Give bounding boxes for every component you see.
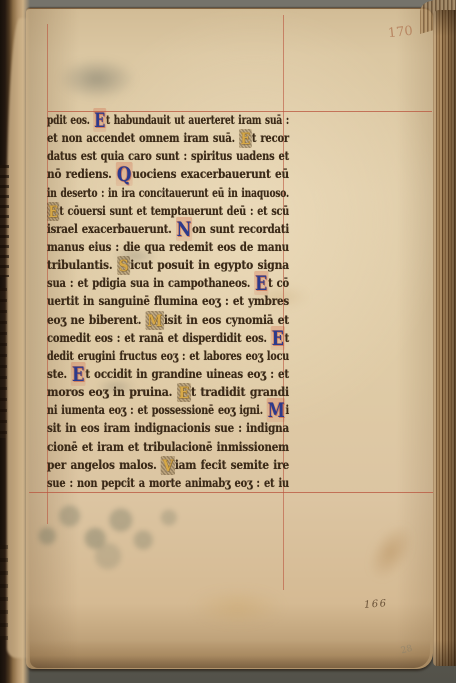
manuscript-line: moros eoʒ in pruina. Et tradidit grandi bbox=[47, 381, 289, 399]
script-text: t cō bbox=[268, 275, 289, 290]
script-text: israel exacerbauerunt. bbox=[47, 221, 176, 236]
script-text: cionē et iram et tribulacionē inmissione… bbox=[47, 439, 289, 454]
script-text: ste. bbox=[47, 366, 71, 381]
manuscript-line: nō rediens. Quociens exacerbauerunt eū bbox=[47, 163, 289, 181]
manuscript-line: sue : non pepcit a morte animabʒ eoʒ : e… bbox=[47, 472, 289, 490]
bottom-page-number: 166 bbox=[364, 598, 388, 611]
manuscript-line: Et cōuersi sunt et temptauerunt deū : et… bbox=[47, 200, 289, 218]
script-text: on sunt recordati bbox=[192, 221, 289, 236]
manuscript-line: datus est quia caro sunt : spiritus uade… bbox=[47, 145, 289, 163]
manuscript-line: tribulantis. Sicut posuit in egypto sign… bbox=[47, 254, 289, 272]
gutter-text-fragments bbox=[0, 545, 8, 640]
gutter-text-fragments bbox=[0, 165, 9, 277]
gutter-text-fragments bbox=[0, 288, 7, 438]
script-text: isit in eos cynomiā et bbox=[164, 312, 289, 327]
folio-number: 170 bbox=[387, 24, 413, 42]
script-text: uertit in sanguinē flumina eoʒ : et ymbr… bbox=[47, 293, 289, 308]
script-text: sua : et pdigia sua in campothaneos. bbox=[47, 275, 254, 290]
manuscript-line: cionē et iram et tribulacionē inmissione… bbox=[47, 436, 289, 454]
script-text: manus eius : die qua redemit eos de manu bbox=[47, 239, 289, 254]
manuscript-line: pdit eos. Et habundauit ut auerteret ira… bbox=[47, 109, 289, 127]
manuscript-line: ni iumenta eoʒ : et possessionē eoʒ igni… bbox=[47, 399, 289, 417]
script-text: comedit eos : et ranā et disperdidit eos… bbox=[47, 330, 271, 345]
manuscript-line: eoʒ ne biberent. Misit in eos cynomiā et bbox=[47, 309, 289, 327]
script-text: t bbox=[285, 330, 289, 345]
script-text: et non accendet omnem iram suā. bbox=[47, 130, 239, 145]
script-text: tribulantis. bbox=[47, 257, 117, 272]
manuscript-photo: pdit eos. Et habundauit ut auerteret ira… bbox=[0, 0, 456, 683]
script-text: in deserto : in ira concitauerunt eū in … bbox=[47, 185, 289, 200]
script-text: dedit erugini fructus eoʒ : et labores e… bbox=[47, 348, 289, 363]
manuscript-line: dedit erugini fructus eoʒ : et labores e… bbox=[47, 345, 289, 363]
ruling-line-horizontal-bottom bbox=[29, 492, 433, 493]
script-text: nō rediens. bbox=[47, 166, 116, 181]
script-text: i bbox=[285, 402, 289, 417]
manuscript-line: in deserto : in ira concitauerunt eū in … bbox=[47, 182, 289, 200]
text-block: pdit eos. Et habundauit ut auerteret ira… bbox=[47, 109, 289, 490]
manuscript-line: sua : et pdigia sua in campothaneos. Et … bbox=[47, 272, 289, 290]
book-fore-edge bbox=[433, 10, 456, 666]
script-text: eoʒ ne biberent. bbox=[47, 312, 146, 327]
manuscript-line: uertit in sanguinē flumina eoʒ : et ymbr… bbox=[47, 290, 289, 308]
script-text: sue : non pepcit a morte animabʒ eoʒ : e… bbox=[47, 475, 289, 490]
manuscript-line: ste. Et occidit in grandine uineas eoʒ :… bbox=[47, 363, 289, 381]
script-text: t tradidit grandi bbox=[191, 384, 289, 399]
script-text: uociens exacerbauerunt eū bbox=[132, 166, 289, 181]
adjacent-page-edge bbox=[7, 18, 29, 658]
manuscript-line: et non accendet omnem iram suā. Et recor bbox=[47, 127, 289, 145]
script-text: t habundauit ut auerteret iram suā : bbox=[106, 112, 289, 127]
manuscript-line: sit in eos iram indignacionis sue : indi… bbox=[47, 417, 289, 435]
script-text: icut posuit in egypto signa bbox=[130, 257, 289, 272]
script-text: moros eoʒ in pruina. bbox=[47, 384, 177, 399]
script-text: pdit eos. bbox=[47, 112, 94, 127]
script-text: t occidit in grandine uineas eoʒ : et bbox=[85, 366, 289, 381]
script-text: sit in eos iram indignacionis sue : indi… bbox=[47, 420, 289, 435]
script-text: ni iumenta eoʒ : et possessionē eoʒ igni… bbox=[47, 402, 267, 417]
script-text: datus est quia caro sunt : spiritus uade… bbox=[47, 148, 289, 163]
manuscript-line: israel exacerbauerunt. Non sunt recordat… bbox=[47, 218, 289, 236]
manuscript-line: per angelos malos. Viam fecit semite ire bbox=[47, 454, 289, 472]
manuscript-line: manus eius : die qua redemit eos de manu bbox=[47, 236, 289, 254]
script-text: per angelos malos. bbox=[47, 457, 161, 472]
script-text: iam fecit semite ire bbox=[175, 457, 289, 472]
page-bottom-edge-shadow bbox=[30, 640, 430, 668]
script-text: t cōuersi sunt et temptauerunt deū : et … bbox=[59, 203, 289, 218]
manuscript-line: comedit eos : et ranā et disperdidit eos… bbox=[47, 327, 289, 345]
script-text: t recor bbox=[252, 130, 289, 145]
